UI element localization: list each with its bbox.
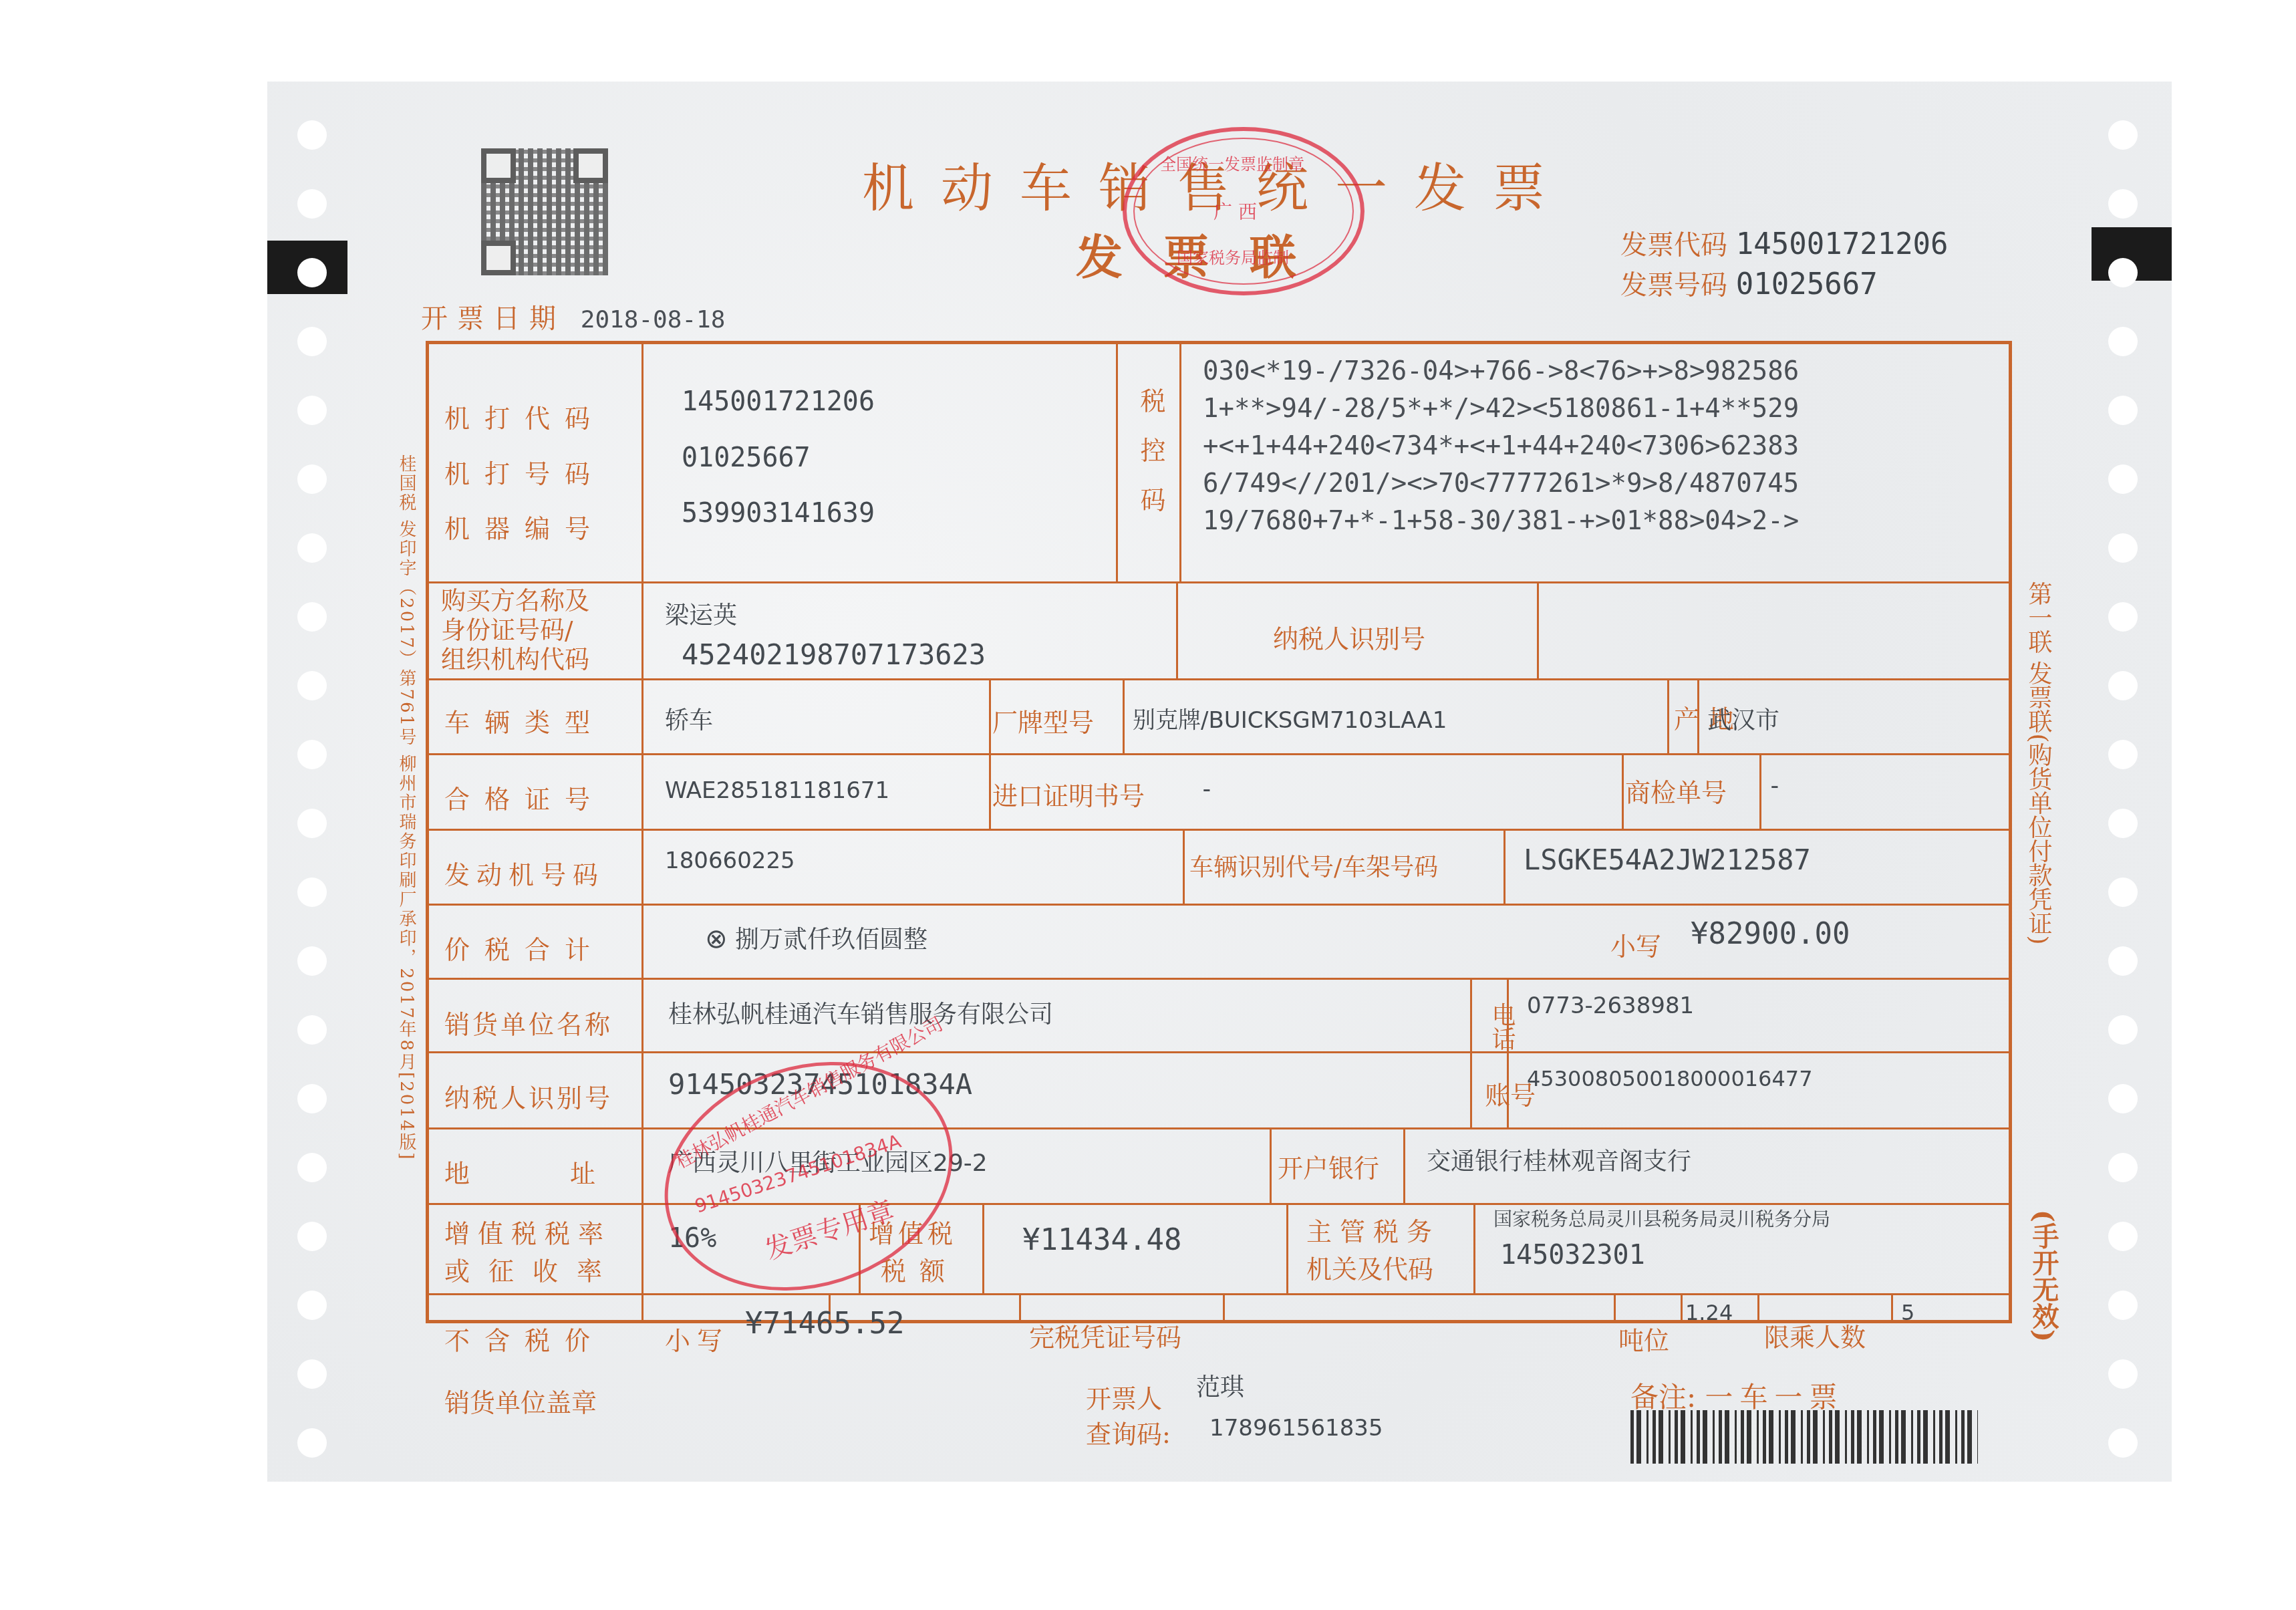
tax-authority-name: 国家税务总局灵川县税务局灵川税务分局 [1493,1205,1830,1232]
seller-phone-value: 0773-2638981 [1527,992,1694,1019]
feed-hole [2108,878,2138,907]
buyer-label: 购买方名称及 身份证号码/ 组织机构代码 [441,587,589,675]
feed-hole [297,602,327,632]
feed-hole [2108,327,2138,356]
seats-value: 5 [1901,1300,1914,1325]
machine-serial-value: 539903141639 [682,498,875,529]
seal-top-text: 全国统一发票监制章 [1160,151,1304,174]
feed-hole [297,1153,327,1182]
feed-hole [297,396,327,425]
invoice-number: 发票号码 01025667 [1620,264,1878,302]
feed-hole [297,740,327,769]
seller-seal-bottom-text: 发票专用章 [760,1190,899,1267]
machine-serial-label: 机器编号 [444,508,605,545]
seller-taxpayer-id-label: 纳税人识别号 [444,1077,613,1114]
feed-hole [2108,1291,2138,1320]
feed-hole [2108,120,2138,150]
feed-hole [2108,1359,2138,1389]
feed-hole [297,809,327,838]
feed-hole [297,533,327,563]
vin-value: LSGKE54A2JW212587 [1524,843,1811,876]
pretax-small-label: 小写 [665,1320,729,1357]
cipher-line: +<+1+44+240<734*+<+1+44+240<7306>62383 [1203,428,1799,465]
cipher-line: 1+**>94/-28/5*+*/>42><5180861-1+4**529 [1203,390,1799,428]
engine-value: 180660225 [665,847,795,874]
invoice-code: 发票代码 145001721206 [1620,224,1949,262]
seller-bank-label: 开户银行 [1278,1148,1379,1184]
seal-bottom-text: 国家税务局监制 [1177,245,1289,268]
feed-hole [2108,671,2138,700]
seats-label: 限乘人数 [1764,1317,1866,1353]
seller-name-label: 销货单位名称 [444,1004,613,1041]
copy-note: 第一联 发票联(购货单位付款凭证) [2025,581,2051,945]
machine-code-value: 145001721206 [682,386,875,417]
buyer-taxpayer-id-label: 纳税人识别号 [1273,618,1425,655]
feed-hole [297,1291,327,1320]
feed-hole [2108,396,2138,425]
feed-hole [297,1084,327,1113]
seller-phone-label: 电话 [1485,1002,1519,1051]
vehicle-type-label: 车辆类型 [444,702,605,739]
tax-authority-code: 145032301 [1500,1240,1645,1270]
tax-control-cipher: 030<*19-/7326-04>+766->8<76>+>8>982586 1… [1203,353,1799,540]
issuer-value: 范琪 [1196,1369,1244,1403]
feed-hole [297,1222,327,1251]
feed-hole [297,1015,327,1045]
total-words: ⊗ 捌万贰仟玖佰圆整 [705,921,927,955]
handwritten-invalid-note: (手开无效) [2025,1210,2063,1342]
cipher-line: 6/749<//201/><>70<7777261>*9>8/4870745 [1203,465,1799,503]
machine-number-label: 机打号码 [444,453,605,490]
feed-hole [297,671,327,700]
inspection-value: - [1767,772,1782,799]
remark-label: 备注: [1630,1381,1696,1414]
invoice-number-value: 01025667 [1736,267,1878,301]
query-code-value: 178961561835 [1209,1415,1383,1442]
vat-amount-value: ¥11434.48 [1022,1223,1181,1257]
seller-bank-value: 交通银行桂林观音阁支行 [1427,1143,1691,1177]
feed-hole [2108,1428,2138,1458]
feed-hole [297,1428,327,1458]
seller-name-value: 桂林弘帆桂通汽车销售服务有限公司 [668,996,1053,1030]
brand-model-label: 厂牌型号 [992,702,1094,739]
pretax-amount: ¥71465.52 [745,1307,904,1341]
issue-date-label: 开票日期 [421,303,565,334]
feed-hole [2108,602,2138,632]
seller-address-label: 地址 [444,1153,696,1190]
feed-hole [297,1359,327,1389]
seller-account-value: 453008050018000016477 [1527,1066,1813,1091]
feed-hole [2108,946,2138,976]
import-cert-value: - [1199,775,1214,803]
tonnage-label: 吨位 [1618,1320,1669,1357]
seller-stamp-label: 销货单位盖章 [444,1382,597,1419]
query-code-label: 查询码: [1086,1414,1171,1450]
invoice-code-value: 145001721206 [1736,227,1949,261]
tax-control-label: 税控码 [1133,388,1169,536]
issue-date-value: 2018-08-18 [581,306,726,333]
brand-model-value: 别克牌/BUICKSGM7103LAA1 [1133,702,1447,734]
feed-hole [297,464,327,494]
engine-label: 发动机号码 [444,854,605,891]
feed-hole [297,327,327,356]
feed-hole [297,258,327,287]
cipher-line: 19/7680+7+*-1+58-30/381-+>01*88>04>2-> [1203,503,1799,540]
feed-hole [297,878,327,907]
feed-hole [2108,1084,2138,1113]
feed-hole [2108,258,2138,287]
issuer-label: 开票人 [1086,1378,1162,1415]
duty-paid-label: 完税凭证号码 [1029,1317,1181,1353]
machine-number-value: 01025667 [682,442,811,473]
vin-label: 车辆识别代号/车架号码 [1189,849,1438,883]
tax-authority-label: 主管税务 机关及代码 [1306,1213,1440,1288]
feed-hole [297,120,327,150]
feed-hole [2108,189,2138,219]
feed-hole [2108,1153,2138,1182]
pretax-label: 不含税价 [444,1320,605,1357]
total-small-value: ¥82900.00 [1691,917,1850,951]
inspection-label: 商检单号 [1625,772,1727,809]
cipher-line: 030<*19-/7326-04>+766->8<76>+>8>982586 [1203,353,1799,390]
feed-hole [2108,740,2138,769]
issue-date: 开票日期 2018-08-18 [421,297,725,336]
certificate-value: WAE285181181671 [665,777,889,804]
feed-hole [2108,1015,2138,1045]
print-permit-note: 桂国税 发印字（2017）第761号 柳州市瑞务印刷厂承印，2017年8月[20… [394,454,419,1162]
qr-code [481,148,608,275]
supervision-seal: 全国统一发票监制章 广 西 国家税务局监制 [1123,127,1365,295]
remark-value: 一车一票 [1705,1381,1844,1414]
barcode [1630,1410,1978,1464]
feed-hole [2108,809,2138,838]
machine-code-label: 机打代码 [444,398,605,434]
certificate-label: 合格证号 [444,779,605,815]
cross-circle-icon: ⊗ [705,924,728,954]
buyer-name: 梁运英 [665,597,737,631]
total-small-label: 小写 [1610,926,1661,962]
seal-middle-text: 广 西 [1213,198,1257,225]
buyer-id-number: 452402198707173623 [682,638,986,671]
tonnage-value: 1.24 [1685,1300,1733,1325]
feed-hole [297,189,327,219]
feed-hole [2108,1222,2138,1251]
feed-hole [2108,533,2138,563]
origin-value: 武汉市 [1707,702,1779,736]
vat-rate-label: 增值税税率 或征收率 [444,1215,621,1290]
total-in-words: 捌万贰仟玖佰圆整 [735,926,927,954]
invoice-code-label: 发票代码 [1620,230,1727,261]
remark: 备注: 一车一票 [1630,1375,1844,1416]
vehicle-type-value: 轿车 [665,702,713,736]
invoice-number-label: 发票号码 [1620,270,1727,301]
feed-hole [2108,464,2138,494]
total-label: 价税合计 [444,929,605,966]
import-cert-label: 进口证明书号 [992,775,1145,812]
feed-hole [297,946,327,976]
